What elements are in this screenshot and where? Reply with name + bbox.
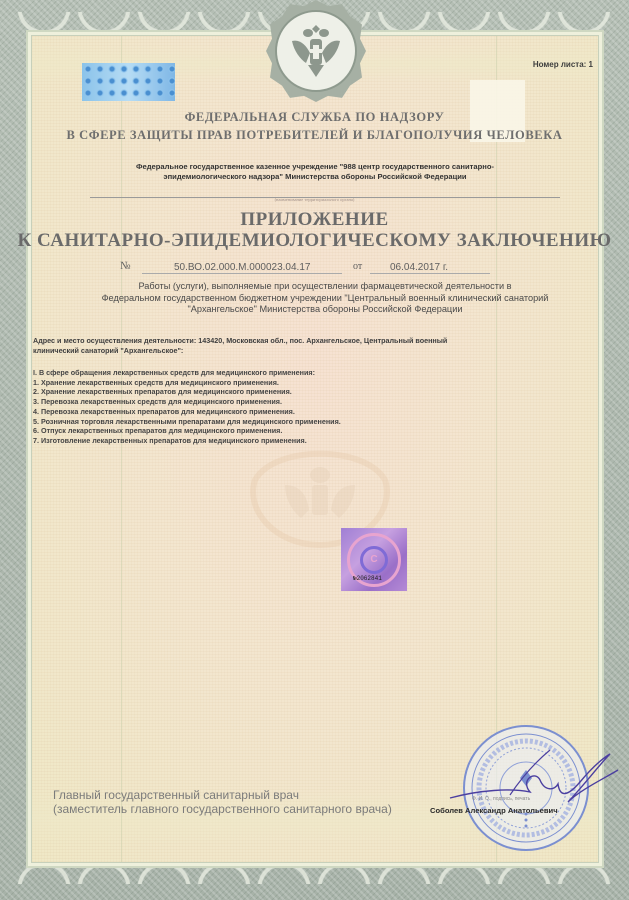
organization-line2: эпидемиологического надзора" Министерств… (90, 172, 540, 182)
document-title-line2: К САНИТАРНО-ЭПИДЕМИОЛОГИЧЕСКОМУ ЗАКЛЮЧЕН… (0, 230, 629, 252)
document-number: 50.ВО.02.000.М.000023.04.17 (142, 262, 342, 274)
position-title-line2: (заместитель главного государственного с… (53, 802, 392, 816)
hologram-number: №2062841 (353, 575, 382, 582)
document-date: 06.04.2017 г. (370, 262, 490, 274)
date-label: от (353, 261, 362, 272)
guide-line (121, 36, 122, 862)
address-line1: Адрес и место осуществления деятельности… (33, 336, 583, 346)
list-item: 3. Перевозка лекарственных средств для м… (33, 397, 341, 407)
sheet-number: Номер листа: 1 (533, 60, 593, 69)
agency-name-line2: В СФЕРЕ ЗАЩИТЫ ПРАВ ПОТРЕБИТЕЛЕЙ И БЛАГО… (0, 128, 629, 143)
document-title-line1: ПРИЛОЖЕНИЕ (0, 209, 629, 231)
list-item: 1. Хранение лекарственных средств для ме… (33, 378, 341, 388)
works-line1: Работы (услуги), выполняемые при осущест… (40, 281, 610, 293)
list-item: I. В сфере обращения лекарственных средс… (33, 368, 341, 378)
agency-name-line1: ФЕДЕРАЛЬНАЯ СЛУЖБА ПО НАДЗОРУ (0, 110, 629, 125)
hologram-strip (82, 63, 175, 101)
works-line2: Федеральном государственном бюджетном уч… (40, 293, 610, 305)
organization-caption: (наименование территориального органа) (0, 197, 629, 202)
signer-name: Соболев Александр Анатольевич (430, 806, 558, 815)
territorial-organization: Федеральное государственное казенное учр… (90, 162, 540, 182)
works-line3: "Архангельское" Министерства обороны Рос… (40, 304, 610, 316)
activities-list: I. В сфере обращения лекарственных средс… (33, 368, 341, 446)
signature-caption: Ф. И. О., подпись, печать (472, 796, 530, 802)
position-title-line1: Главный государственный санитарный врач (53, 788, 299, 802)
number-label: № (120, 260, 131, 272)
list-item: 6. Отпуск лекарственных препаратов для м… (33, 426, 341, 436)
list-item: 2. Хранение лекарственных препаратов для… (33, 387, 341, 397)
works-description: Работы (услуги), выполняемые при осущест… (40, 281, 610, 316)
list-item: 4. Перевозка лекарственных препаратов дл… (33, 407, 341, 417)
activity-address: Адрес и место осуществления деятельности… (33, 336, 583, 356)
address-line2: клинический санаторий "Архангельское": (33, 346, 583, 356)
organization-line1: Федеральное государственное казенное учр… (90, 162, 540, 172)
state-emblem-icon (266, 0, 366, 102)
hologram-symbol: С (360, 546, 388, 574)
list-item: 5. Розничная торговля лекарственными пре… (33, 417, 341, 427)
